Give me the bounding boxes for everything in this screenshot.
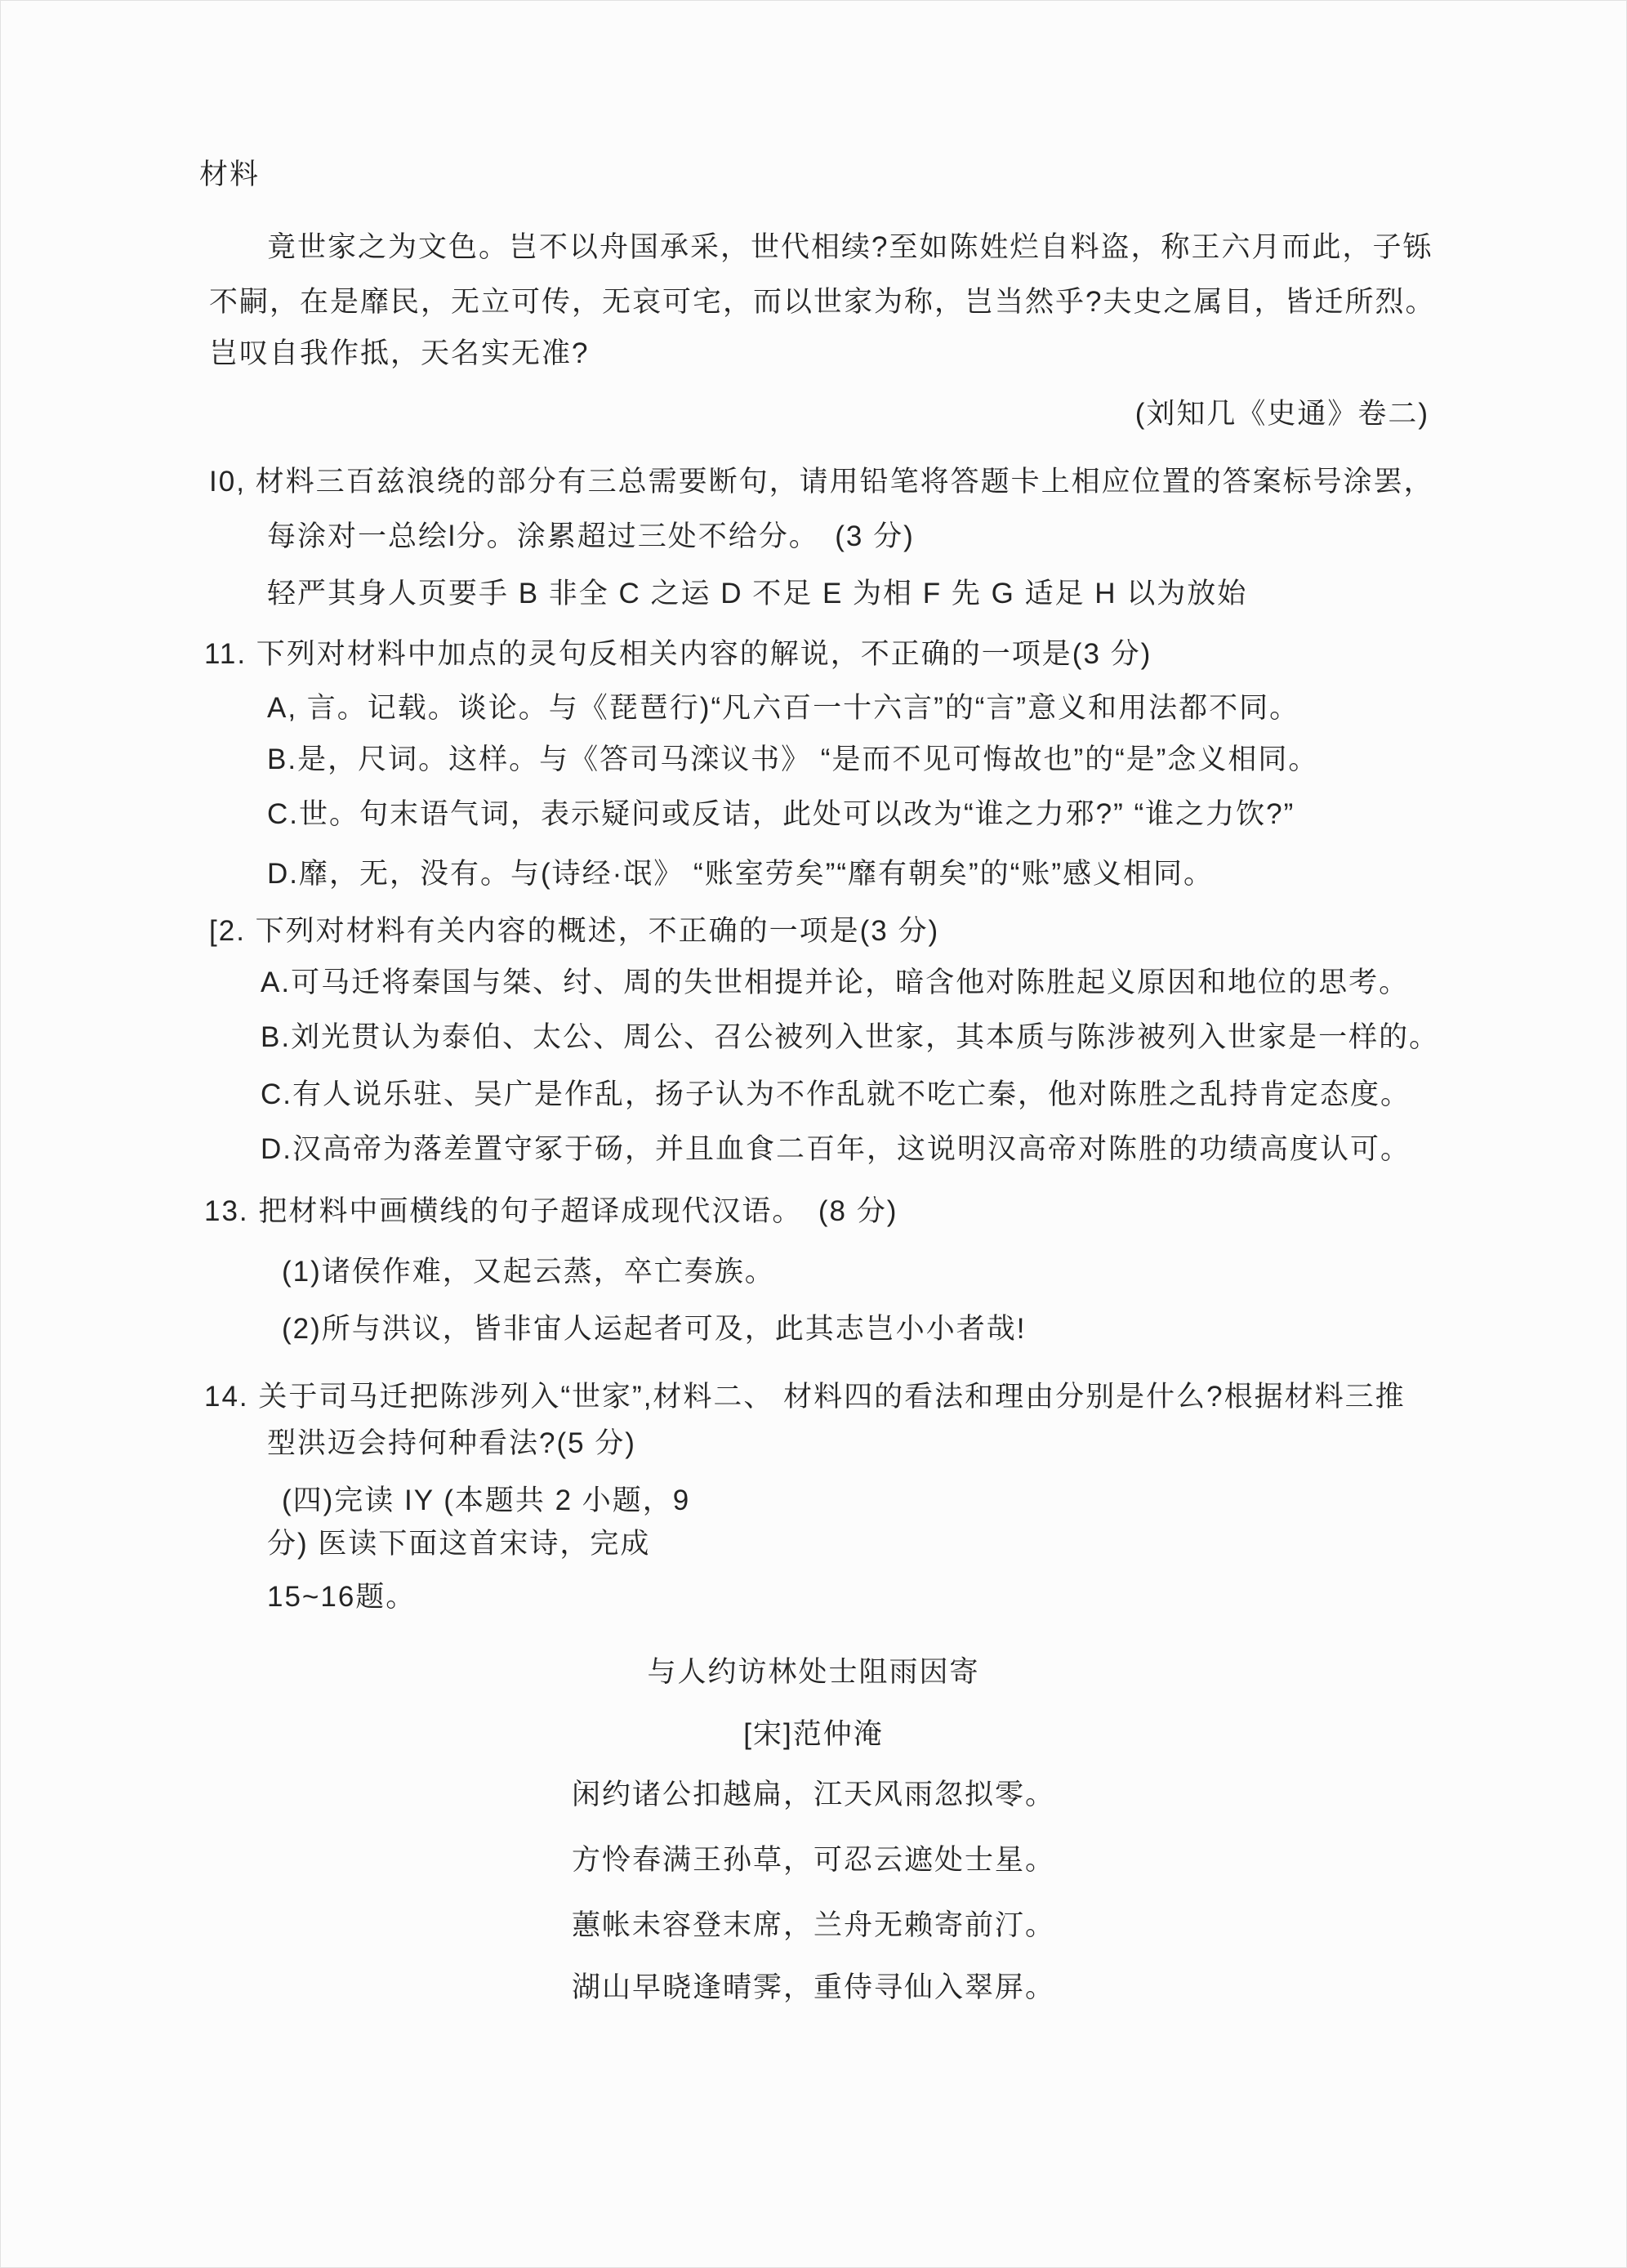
material-line-3: 岂叹自我作抵，天名实无准?	[209, 337, 589, 371]
poem-line-4: 湖山早晓逢晴霁，重侍寻仙入翠屏。	[1, 1971, 1626, 2005]
q11-option-d: D.靡，无，没有。与(诗经·氓》 “账室劳矣”“靡有朝矣”的“账”感义相同。	[267, 857, 1214, 891]
q11-option-b: B.是，尺词。这样。与《答司马滦议书》 “是而不见可悔故也”的“是”念义相同。	[267, 743, 1318, 777]
poem-author: [宋]范仲淹	[1, 1717, 1626, 1752]
section-4-line-1: (四)完读 IY (本题共 2 小题，9	[282, 1484, 690, 1518]
q13-item-2: (2)所与洪议，皆非宙人运起者可及，此其志岂小小者哉!	[282, 1312, 1027, 1346]
q11-option-c: C.世。句末语气词，表示疑问或反诘，此处可以改为“谁之力邪?” “谁之力饮?”	[267, 797, 1295, 832]
q13-stem: 13. 把材料中画横线的句子超译成现代汉语。 (8 分)	[204, 1194, 898, 1229]
q10-line-1: I0, 材料三百兹浪绕的部分有三总需要断句，请用铅笔将答题卡上相应位置的答案标号…	[209, 465, 1434, 499]
poem-line-3: 蕙帐未容登末席，兰舟无赖寄前汀。	[1, 1909, 1626, 1943]
source-attribution: (刘知几《史通》卷二)	[1135, 397, 1429, 431]
poem-title: 与人约访林处士阻雨因寄	[1, 1655, 1626, 1690]
q10-line-2: 每涂对一总绘l分。涂累超过三处不给分。 (3 分)	[267, 520, 915, 554]
material-line-2: 不嗣，在是靡民，无立可传，无哀可宅，而以世家为称，岂当然乎?夫史之属目，皆迁所烈…	[209, 285, 1435, 319]
poem-line-2: 方怜春满王孙草，可忍云遮处士星。	[1, 1843, 1626, 1877]
q12-option-a: A.可马迁将秦国与桀、纣、周的失世相提并论，暗含他对陈胜起义原因和地位的思考。	[261, 966, 1409, 1000]
poem-line-1: 闲约诸公扣越扁，江天风雨忽拟零。	[1, 1778, 1626, 1812]
q12-option-c: C.有人说乐驻、吴广是作乱，扬子认为不作乱就不吃亡秦，他对陈胜之乱持肯定态度。	[261, 1078, 1411, 1112]
exam-scan-page: 材料 竟世家之为文色。岂不以舟国承采，世代相续?至如陈姓烂自料盗，称王六月而此，…	[0, 0, 1627, 2268]
q11-option-a: A, 言。记载。谈论。与《琵琶行)“凡六百一十六言”的“言”意义和用法都不同。	[267, 691, 1299, 725]
q13-item-1: (1)诸侯作难，又起云蒸，卒亡奏族。	[282, 1255, 775, 1289]
section-4-line-2: 分) 医读下面这首宋诗，完成	[267, 1527, 650, 1561]
q14-line-1: 14. 关于司马迁把陈涉列入“世家”,材料二、 材料四的看法和理由分别是什么?根…	[204, 1380, 1406, 1414]
q11-stem: 11. 下列对材料中加点的灵句反相关内容的解说，不正确的一项是(3 分)	[204, 637, 1152, 672]
q12-option-d: D.汉高帝为落差置守冢于砀，并且血食二百年，这说明汉高帝对陈胜的功绩高度认可。	[261, 1132, 1411, 1167]
q10-line-3: 轻严其身人页要手 B 非全 C 之运 D 不足 E 为相 F 先 G 适足 H …	[267, 577, 1247, 611]
material-line-1: 竟世家之为文色。岂不以舟国承采，世代相续?至如陈姓烂自料盗，称王六月而此，子铄	[267, 230, 1433, 265]
q12-option-b: B.刘光贯认为泰伯、太公、周公、召公被列入世家，其本质与陈涉被列入世家是一样的。	[261, 1020, 1439, 1055]
q12-stem: [2. 下列对材料有关内容的概述，不正确的一项是(3 分)	[209, 914, 939, 949]
material-heading: 材料	[199, 158, 260, 192]
q14-line-2: 型洪迈会持何种看法?(5 分)	[267, 1426, 636, 1461]
section-4-line-3: 15~16题。	[267, 1580, 416, 1614]
